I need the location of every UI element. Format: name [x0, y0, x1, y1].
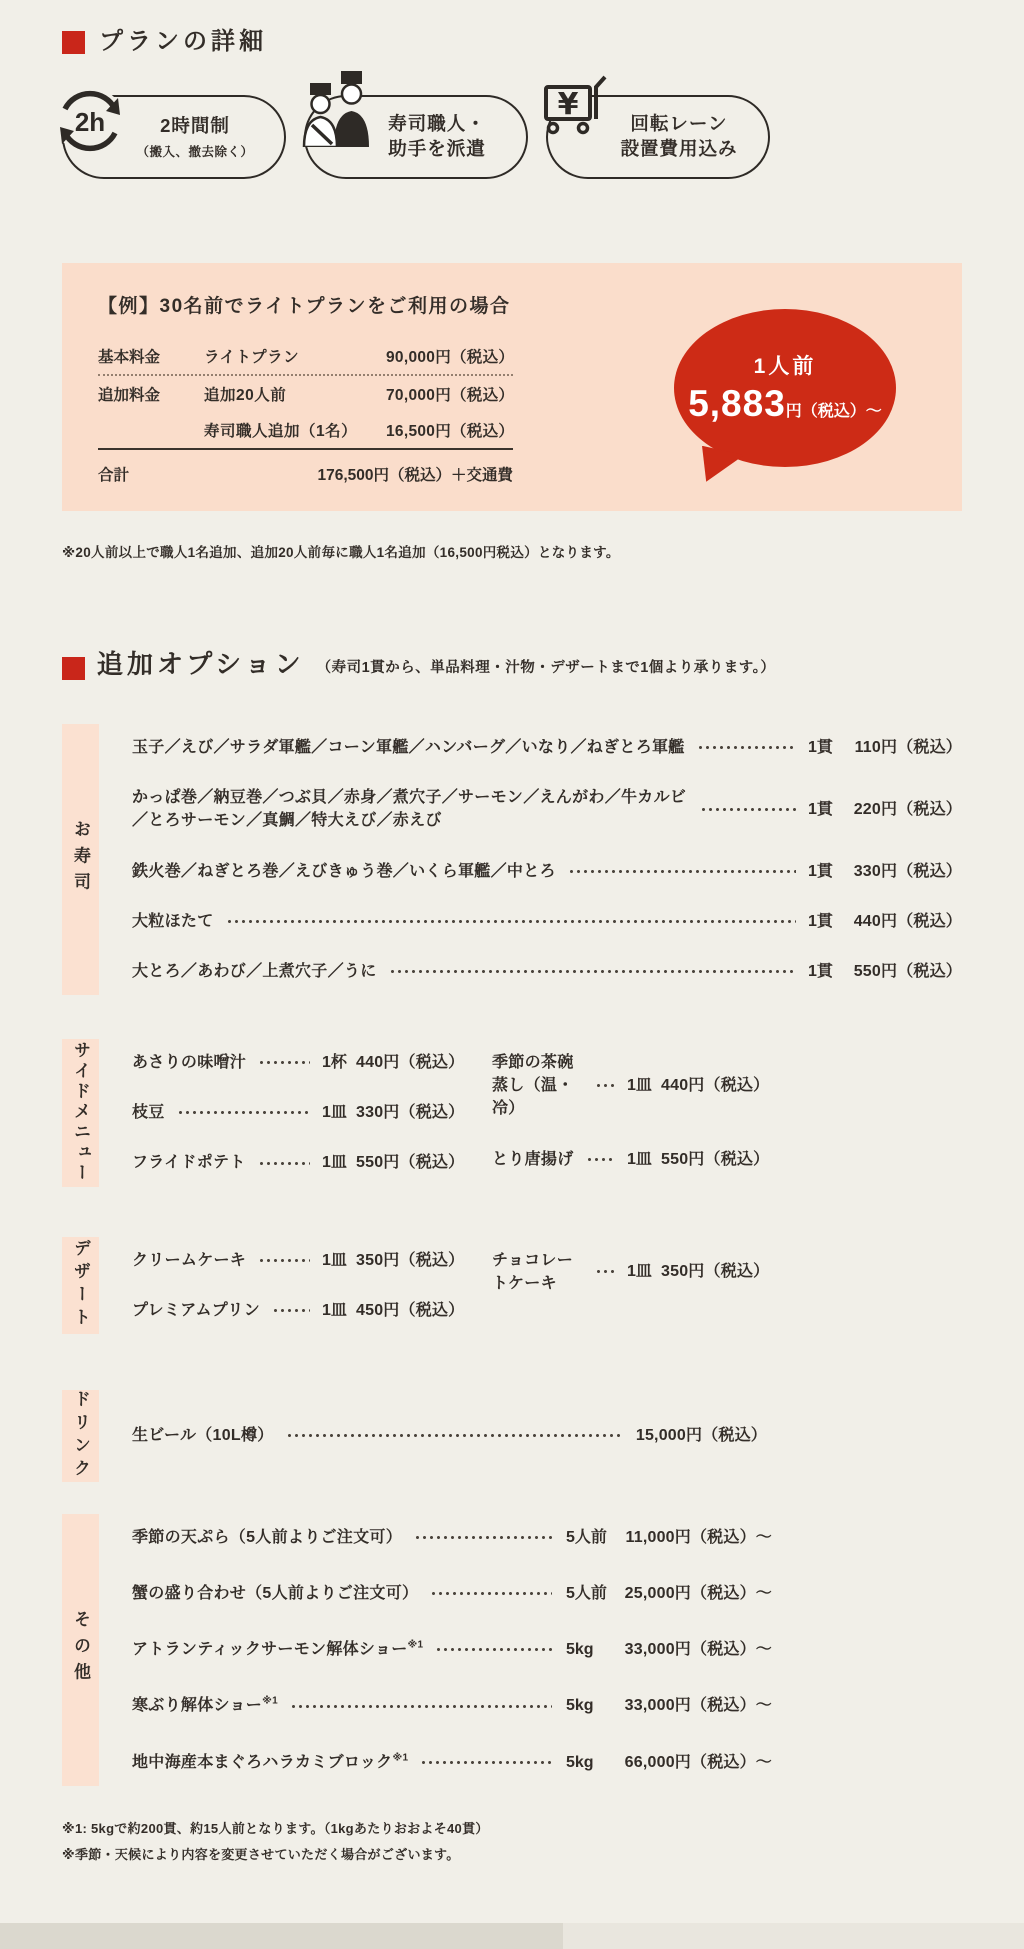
item-price: 350円（税込）	[356, 1249, 462, 1272]
item-price: 550円（税込）	[661, 1148, 767, 1171]
item-unit: 1貫	[808, 860, 850, 883]
menu-content: 季節の天ぷら（5人前よりご注文可） 5人前 11,000円（税込）〜 蟹の盛り合…	[132, 1514, 772, 1786]
item-price: 33,000円（税込）〜	[622, 1694, 772, 1717]
menu-row: クリームケーキ 1皿 350円（税込）	[132, 1249, 462, 1272]
item-name: かっぱ巻／納豆巻／つぶ貝／赤身／煮穴子／サーモン／えんがわ／牛カルビ／とろサーモ…	[132, 786, 688, 832]
item-price: 450円（税込）	[356, 1299, 462, 1322]
feature-pills: 2h 2時間制 （搬入、撤去除く） 寿司職人・ 助手を派遣	[62, 95, 962, 179]
item-price: 440円（税込）	[356, 1051, 462, 1074]
table-row: 寿司職人追加（1名） 16,500円（税込）	[98, 412, 513, 450]
item-price: 550円（税込）	[356, 1151, 462, 1174]
menu-section-drink: ドリンク 生ビール（10L樽） 15,000円（税込）	[62, 1390, 962, 1482]
table-row: 追加料金 追加20人前 70,000円（税込）	[98, 376, 513, 412]
price-bubble: 1人前 5,883円（税込）〜	[674, 309, 896, 467]
feature-label: 回転レーン	[630, 112, 727, 137]
yen-cart-icon: ¥	[540, 75, 616, 146]
menu-row: フライドポテト 1皿 550円（税込）	[132, 1151, 462, 1174]
category-strip: その他	[62, 1514, 99, 1786]
menu-section-sushi: お寿司 玉子／えび／サラダ軍艦／コーン軍艦／ハンバーグ／いなり／ねぎとろ軍艦 1…	[62, 724, 962, 995]
feature-pill-lane: ¥ 回転レーン 設置費用込み	[546, 95, 770, 179]
dot-leader	[597, 1270, 615, 1273]
rotation-2h-icon: 2h	[54, 85, 126, 162]
item-price: 220円（税込）	[850, 798, 962, 821]
item-unit: 1皿	[627, 1148, 661, 1171]
options-subtitle: （寿司1貫から、単品料理・汁物・デザートまで1個より承ります。）	[317, 656, 776, 680]
item-price: 330円（税込）	[356, 1101, 462, 1124]
bubble-serving: 1人前	[754, 350, 817, 380]
item-unit: 5人前	[566, 1582, 622, 1605]
menu-row: チョコレートケーキ 1皿 350円（税込）	[492, 1249, 767, 1295]
category-label: その他	[72, 1610, 89, 1689]
row-price: 70,000円（税込）	[386, 383, 513, 405]
item-name: 季節の天ぷら（5人前よりご注文可）	[132, 1526, 402, 1549]
item-name: 枝豆	[132, 1101, 165, 1124]
item-unit: 1皿	[322, 1249, 356, 1272]
item-price: 550円（税込）	[850, 960, 962, 983]
dot-leader	[702, 808, 796, 811]
category-strip: サイドメニュー	[62, 1039, 99, 1187]
menu-row: 玉子／えび／サラダ軍艦／コーン軍艦／ハンバーグ／いなり／ねぎとろ軍艦 1貫 11…	[132, 736, 962, 759]
menu-row: あさりの味噌汁 1杯 440円（税込）	[132, 1051, 462, 1074]
item-price: 110円（税込）	[850, 736, 962, 759]
item-unit: 1貫	[808, 736, 850, 759]
pricing-page: プランの詳細 2h 2時間制 （搬入、撤去除く）	[0, 0, 1024, 1869]
menu-row: プレミアムプリン 1皿 450円（税込）	[132, 1299, 462, 1322]
menu-content: あさりの味噌汁 1杯 440円（税込） 枝豆 1皿 330円（税込） フライドポ…	[132, 1039, 767, 1187]
menu-row: 生ビール（10L樽） 15,000円（税込）	[132, 1424, 767, 1447]
dot-leader	[570, 870, 796, 873]
item-price: 440円（税込）	[661, 1074, 767, 1097]
item-unit: 1皿	[627, 1074, 661, 1097]
item-price: 15,000円（税込）	[635, 1424, 767, 1447]
category-label: デザート	[72, 1239, 89, 1331]
table-total-row: 合計 176,500円（税込）＋交通費	[98, 450, 513, 485]
dot-leader	[422, 1761, 552, 1764]
total-label: 合計	[98, 463, 129, 485]
item-unit: 1皿	[322, 1101, 356, 1124]
dot-leader	[292, 1705, 552, 1708]
menu-row: 季節の天ぷら（5人前よりご注文可） 5人前 11,000円（税込）〜	[132, 1526, 772, 1549]
row-price: 16,500円（税込）	[386, 419, 513, 441]
svg-text:2h: 2h	[75, 107, 105, 137]
item-name: 大粒ほたて	[132, 910, 214, 933]
item-price: 66,000円（税込）〜	[622, 1751, 772, 1774]
table-row: 基本料金 ライトプラン 90,000円（税込）	[98, 338, 513, 376]
item-price: 330円（税込）	[850, 860, 962, 883]
menu-row: 大粒ほたて 1貫 440円（税込）	[132, 910, 962, 933]
total-value: 176,500円（税込）＋交通費	[317, 463, 513, 485]
red-square-bullet	[62, 31, 85, 54]
feature-sublabel: （搬入、撤去除く）	[136, 142, 253, 160]
item-name: 蟹の盛り合わせ（5人前よりご注文可）	[132, 1582, 418, 1605]
bubble-price: 5,883円（税込）〜	[688, 383, 882, 425]
svg-text:¥: ¥	[558, 87, 579, 122]
menu-row: 蟹の盛り合わせ（5人前よりご注文可） 5人前 25,000円（税込）〜	[132, 1582, 772, 1605]
dot-leader	[260, 1162, 310, 1165]
menu-row: 寒ぶり解体ショー※1 5kg 33,000円（税込）〜	[132, 1694, 772, 1717]
example-panel: 【例】30名前でライトプランをご利用の場合 基本料金 ライトプラン 90,000…	[62, 263, 962, 511]
menu-row: かっぱ巻／納豆巻／つぶ貝／赤身／煮穴子／サーモン／えんがわ／牛カルビ／とろサーモ…	[132, 786, 962, 832]
item-unit: 1皿	[322, 1299, 356, 1322]
item-price: 440円（税込）	[850, 910, 962, 933]
category-label: サイドメニュー	[72, 1041, 89, 1184]
item-unit: 1貫	[808, 960, 850, 983]
row-item: 寿司職人追加（1名）	[204, 419, 386, 441]
item-unit: 5kg	[566, 1694, 622, 1717]
next-section-edge	[0, 1923, 1024, 1949]
item-unit: 5kg	[566, 1638, 622, 1661]
row-price: 90,000円（税込）	[386, 345, 513, 367]
feature-label: 設置費用込み	[620, 137, 737, 162]
menu-row: とり唐揚げ 1皿 550円（税込）	[492, 1148, 767, 1171]
menu-row: 枝豆 1皿 330円（税込）	[132, 1101, 462, 1124]
dot-leader	[391, 970, 796, 973]
item-name: 生ビール（10L樽）	[132, 1424, 274, 1447]
category-strip: デザート	[62, 1237, 99, 1334]
item-unit: 1皿	[322, 1151, 356, 1174]
menu-row: アトランティックサーモン解体ショー※1 5kg 33,000円（税込）〜	[132, 1638, 772, 1661]
dot-leader	[597, 1084, 615, 1087]
item-name: 玉子／えび／サラダ軍艦／コーン軍艦／ハンバーグ／いなり／ねぎとろ軍艦	[132, 736, 685, 759]
row-label: 追加料金	[98, 383, 204, 405]
dot-leader	[416, 1536, 552, 1539]
feature-label: 寿司職人・	[388, 112, 486, 137]
menu-content: 生ビール（10L樽） 15,000円（税込）	[132, 1390, 767, 1482]
plan-details-header: プランの詳細	[62, 28, 962, 57]
item-name: 地中海産本まぐろハラカミブロック※1	[132, 1751, 408, 1774]
feature-pill-chefs: 寿司職人・ 助手を派遣	[304, 95, 528, 179]
item-price: 350円（税込）	[661, 1260, 767, 1283]
dot-leader	[288, 1434, 623, 1437]
footnotes: ※1: 5kgで約200貫、約15人前となります。（1kgあたりおおよそ40貫）…	[62, 1816, 962, 1869]
row-item: 追加20人前	[204, 383, 386, 405]
dot-leader	[179, 1111, 310, 1114]
menu-section-dessert: デザート クリームケーキ 1皿 350円（税込） プレミアムプリン 1皿 450…	[62, 1237, 962, 1334]
item-price: 33,000円（税込）〜	[622, 1638, 772, 1661]
item-name: あさりの味噌汁	[132, 1051, 246, 1074]
item-unit: 1杯	[322, 1051, 356, 1074]
item-name: プレミアムプリン	[132, 1299, 260, 1322]
menu-section-side: サイドメニュー あさりの味噌汁 1杯 440円（税込） 枝豆 1皿 330円（税…	[62, 1039, 962, 1187]
footnote: ※季節・天候により内容を変更させていただく場合がございます。	[62, 1842, 962, 1869]
item-unit: 1貫	[808, 798, 850, 821]
dot-leader	[260, 1259, 310, 1262]
dot-leader	[260, 1061, 310, 1064]
menu-row: 大とろ／あわび／上煮穴子／うに 1貫 550円（税込）	[132, 960, 962, 983]
menu-content: 玉子／えび／サラダ軍艦／コーン軍艦／ハンバーグ／いなり／ねぎとろ軍艦 1貫 11…	[132, 724, 962, 995]
footnote-marker: ※1	[392, 1752, 408, 1763]
feature-pill-2hours: 2h 2時間制 （搬入、撤去除く）	[62, 95, 286, 179]
dot-leader	[437, 1648, 552, 1651]
menu-row: 季節の茶碗蒸し（温・冷） 1皿 440円（税込）	[492, 1051, 767, 1121]
menu-row: 鉄火巻／ねぎとろ巻／えびきゅう巻／いくら軍艦／中とろ 1貫 330円（税込）	[132, 860, 962, 883]
example-price-table: 基本料金 ライトプラン 90,000円（税込） 追加料金 追加20人前 70,0…	[98, 338, 513, 485]
row-item: ライトプラン	[204, 345, 386, 367]
footnote-marker: ※1	[262, 1696, 278, 1707]
category-label: お寿司	[72, 820, 89, 899]
row-label: 基本料金	[98, 345, 204, 367]
item-price: 25,000円（税込）〜	[622, 1582, 772, 1605]
menu-content: クリームケーキ 1皿 350円（税込） プレミアムプリン 1皿 450円（税込）	[132, 1237, 767, 1334]
feature-label: 2時間制	[160, 114, 230, 139]
red-square-bullet	[62, 657, 85, 680]
dot-leader	[588, 1158, 615, 1161]
item-unit: 1貫	[808, 910, 850, 933]
item-unit: 1皿	[627, 1260, 661, 1283]
dot-leader	[432, 1592, 552, 1595]
plan-details-title: プランの詳細	[99, 28, 267, 57]
plan-note: ※20人前以上で職人1名追加、追加20人前毎に職人1名追加（16,500円税込）…	[62, 541, 962, 561]
sushi-chefs-icon	[302, 67, 376, 152]
category-strip: ドリンク	[62, 1390, 99, 1482]
item-name: 鉄火巻／ねぎとろ巻／えびきゅう巻／いくら軍艦／中とろ	[132, 860, 556, 883]
category-label: ドリンク	[72, 1390, 89, 1482]
item-name: 大とろ／あわび／上煮穴子／うに	[132, 960, 377, 983]
dot-leader	[699, 746, 796, 749]
item-name: フライドポテト	[132, 1151, 246, 1174]
category-strip: お寿司	[62, 724, 99, 995]
footnote-marker: ※1	[408, 1640, 424, 1651]
item-name: 寒ぶり解体ショー※1	[132, 1694, 278, 1717]
menu-section-others: その他 季節の天ぷら（5人前よりご注文可） 5人前 11,000円（税込）〜 蟹…	[62, 1514, 962, 1786]
feature-label: 助手を派遣	[388, 137, 486, 162]
item-name: アトランティックサーモン解体ショー※1	[132, 1638, 423, 1661]
item-name: 季節の茶碗蒸し（温・冷）	[492, 1051, 583, 1121]
item-name: クリームケーキ	[132, 1249, 246, 1272]
dot-leader	[274, 1309, 310, 1312]
item-unit: 5kg	[566, 1751, 622, 1774]
dot-leader	[228, 920, 796, 923]
footnote: ※1: 5kgで約200貫、約15人前となります。（1kgあたりおおよそ40貫）	[62, 1816, 962, 1843]
menu-row: 地中海産本まぐろハラカミブロック※1 5kg 66,000円（税込）〜	[132, 1751, 772, 1774]
options-header: 追加オプション （寿司1貫から、単品料理・汁物・デザートまで1個より承ります。）	[62, 649, 962, 680]
options-title: 追加オプション	[97, 649, 305, 680]
bubble-price-suffix: 円（税込）〜	[786, 403, 882, 420]
item-unit: 5人前	[566, 1526, 622, 1549]
bubble-price-number: 5,883	[688, 383, 786, 424]
item-name: チョコレートケーキ	[492, 1249, 583, 1295]
item-price: 11,000円（税込）〜	[622, 1526, 772, 1549]
item-name: とり唐揚げ	[492, 1148, 574, 1171]
